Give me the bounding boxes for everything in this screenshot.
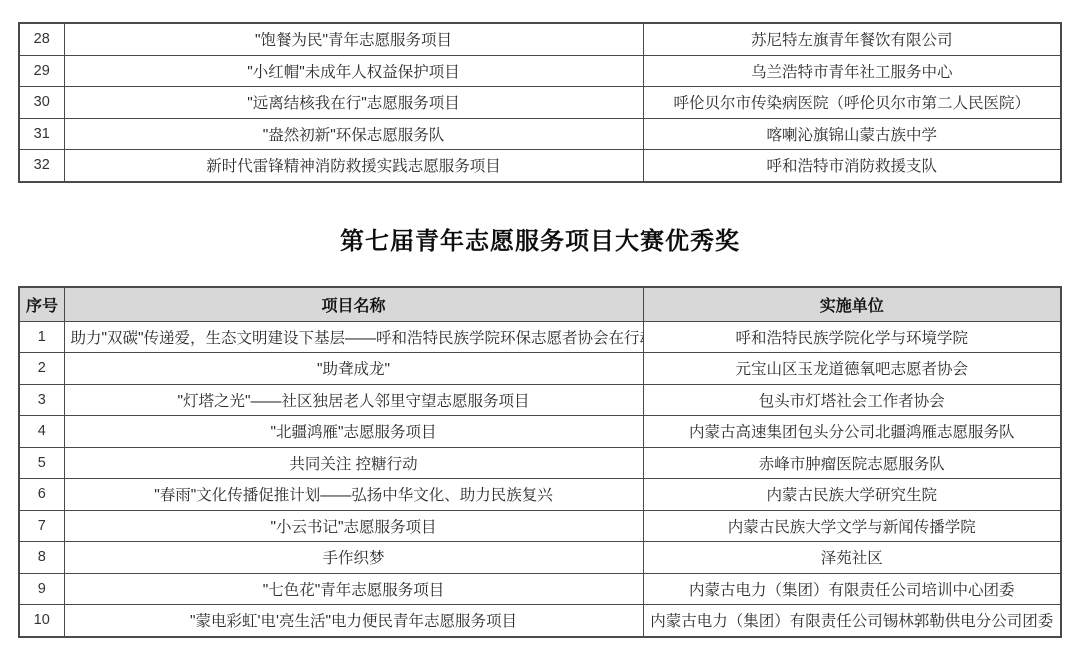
cell-unit: 内蒙古民族大学文学与新闻传播学院: [643, 510, 1061, 542]
cell-num: 31: [19, 118, 64, 150]
cell-project: "小红帽"未成年人权益保护项目: [64, 55, 643, 87]
continuation-table-body: 28"饱餐为民"青年志愿服务项目苏尼特左旗青年餐饮有限公司29"小红帽"未成年人…: [19, 23, 1061, 182]
cell-num: 9: [19, 573, 64, 605]
table-row: 4"北疆鸿雁"志愿服务项目内蒙古高速集团包头分公司北疆鸿雁志愿服务队: [19, 416, 1061, 448]
table-row: 32新时代雷锋精神消防救援实践志愿服务项目呼和浩特市消防救援支队: [19, 150, 1061, 182]
cell-unit: 呼和浩特市消防救援支队: [643, 150, 1061, 182]
cell-num: 5: [19, 447, 64, 479]
cell-unit: 苏尼特左旗青年餐饮有限公司: [643, 23, 1061, 55]
cell-num: 7: [19, 510, 64, 542]
cell-project: "蒙电彩虹'电'亮生活"电力便民青年志愿服务项目: [64, 605, 643, 637]
cell-unit: 乌兰浩特市青年社工服务中心: [643, 55, 1061, 87]
cell-num: 2: [19, 353, 64, 385]
cell-num: 1: [19, 321, 64, 353]
cell-unit: 内蒙古电力（集团）有限责任公司锡林郭勒供电分公司团委: [643, 605, 1061, 637]
cell-project: "北疆鸿雁"志愿服务项目: [64, 416, 643, 448]
cell-num: 8: [19, 542, 64, 574]
cell-project: "助聋成龙": [64, 353, 643, 385]
cell-num: 6: [19, 479, 64, 511]
table-row: 3"灯塔之光"——社区独居老人邻里守望志愿服务项目包头市灯塔社会工作者协会: [19, 384, 1061, 416]
cell-num: 30: [19, 87, 64, 119]
cell-num: 10: [19, 605, 64, 637]
cell-num: 28: [19, 23, 64, 55]
table-row: 30"远离结核我在行"志愿服务项目呼伦贝尔市传染病医院（呼伦贝尔市第二人民医院）: [19, 87, 1061, 119]
cell-project: "盎然初新"环保志愿服务队: [64, 118, 643, 150]
table-row: 31"盎然初新"环保志愿服务队喀喇沁旗锦山蒙古族中学: [19, 118, 1061, 150]
cell-num: 3: [19, 384, 64, 416]
cell-unit: 呼和浩特民族学院化学与环境学院: [643, 321, 1061, 353]
table-row: 5共同关注 控糖行动赤峰市肿瘤医院志愿服务队: [19, 447, 1061, 479]
header-cell-unit: 实施单位: [643, 287, 1061, 322]
table-row: 9"七色花"青年志愿服务项目内蒙古电力（集团）有限责任公司培训中心团委: [19, 573, 1061, 605]
cell-project: "灯塔之光"——社区独居老人邻里守望志愿服务项目: [64, 384, 643, 416]
cell-unit: 泽苑社区: [643, 542, 1061, 574]
cell-num: 32: [19, 150, 64, 182]
awards-table-body: 1助力"双碳"传递爱，生态文明建设下基层——呼和浩特民族学院环保志愿者协会在行动…: [19, 321, 1061, 637]
cell-project: 新时代雷锋精神消防救援实践志愿服务项目: [64, 150, 643, 182]
cell-num: 29: [19, 55, 64, 87]
awards-table: 序号 项目名称 实施单位 1助力"双碳"传递爱，生态文明建设下基层——呼和浩特民…: [18, 286, 1062, 638]
cell-project: "小云书记"志愿服务项目: [64, 510, 643, 542]
cell-unit: 元宝山区玉龙道德氧吧志愿者协会: [643, 353, 1061, 385]
table-row: 6"春雨"文化传播促推计划——弘扬中华文化、助力民族复兴内蒙古民族大学研究生院: [19, 479, 1061, 511]
table-row: 10"蒙电彩虹'电'亮生活"电力便民青年志愿服务项目内蒙古电力（集团）有限责任公…: [19, 605, 1061, 637]
awards-table-header: 序号 项目名称 实施单位: [19, 287, 1061, 322]
table-row: 2"助聋成龙"元宝山区玉龙道德氧吧志愿者协会: [19, 353, 1061, 385]
cell-project: 手作织梦: [64, 542, 643, 574]
table-row: 8手作织梦泽苑社区: [19, 542, 1061, 574]
cell-unit: 喀喇沁旗锦山蒙古族中学: [643, 118, 1061, 150]
cell-unit: 内蒙古电力（集团）有限责任公司培训中心团委: [643, 573, 1061, 605]
cell-project: "远离结核我在行"志愿服务项目: [64, 87, 643, 119]
table-row: 1助力"双碳"传递爱，生态文明建设下基层——呼和浩特民族学院环保志愿者协会在行动…: [19, 321, 1061, 353]
cell-unit: 内蒙古民族大学研究生院: [643, 479, 1061, 511]
cell-unit: 内蒙古高速集团包头分公司北疆鸿雁志愿服务队: [643, 416, 1061, 448]
continuation-table: 28"饱餐为民"青年志愿服务项目苏尼特左旗青年餐饮有限公司29"小红帽"未成年人…: [18, 22, 1062, 183]
header-cell-num: 序号: [19, 287, 64, 322]
header-cell-project: 项目名称: [64, 287, 643, 322]
cell-project: "春雨"文化传播促推计划——弘扬中华文化、助力民族复兴: [64, 479, 643, 511]
cell-project: 助力"双碳"传递爱，生态文明建设下基层——呼和浩特民族学院环保志愿者协会在行动: [64, 321, 643, 353]
table-row: 7"小云书记"志愿服务项目内蒙古民族大学文学与新闻传播学院: [19, 510, 1061, 542]
cell-project: "七色花"青年志愿服务项目: [64, 573, 643, 605]
header-row: 序号 项目名称 实施单位: [19, 287, 1061, 322]
cell-project: 共同关注 控糖行动: [64, 447, 643, 479]
cell-project: "饱餐为民"青年志愿服务项目: [64, 23, 643, 55]
cell-unit: 赤峰市肿瘤医院志愿服务队: [643, 447, 1061, 479]
cell-unit: 呼伦贝尔市传染病医院（呼伦贝尔市第二人民医院）: [643, 87, 1061, 119]
cell-unit: 包头市灯塔社会工作者协会: [643, 384, 1061, 416]
section-title: 第七届青年志愿服务项目大赛优秀奖: [18, 183, 1062, 286]
table-row: 28"饱餐为民"青年志愿服务项目苏尼特左旗青年餐饮有限公司: [19, 23, 1061, 55]
table-row: 29"小红帽"未成年人权益保护项目乌兰浩特市青年社工服务中心: [19, 55, 1061, 87]
document-page: 28"饱餐为民"青年志愿服务项目苏尼特左旗青年餐饮有限公司29"小红帽"未成年人…: [18, 0, 1062, 638]
cell-num: 4: [19, 416, 64, 448]
